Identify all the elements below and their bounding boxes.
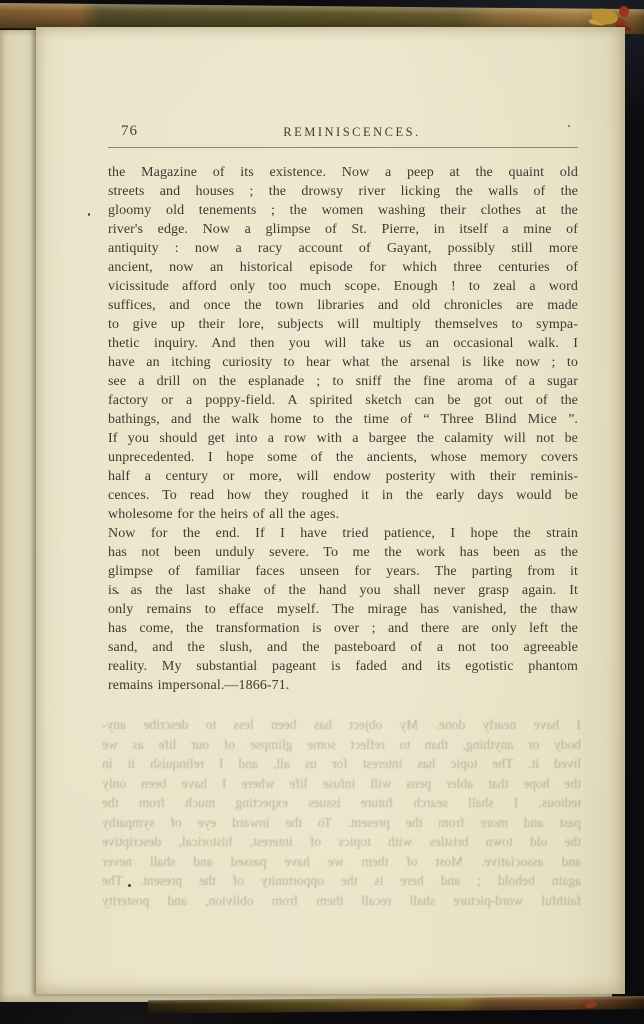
text-line: antiquity : now a racy account of Gayant… xyxy=(108,239,578,258)
body-text: the Magazine of its existence. Now a pee… xyxy=(108,163,578,695)
text-line: streets and houses ; the drowsy river li… xyxy=(108,182,578,201)
ghost-text-line: I have nearly done. My object has been l… xyxy=(102,715,581,735)
paper-speck xyxy=(568,125,570,127)
text-line: see a drill on the esplanade ; to sniff … xyxy=(108,372,578,391)
ghost-text-line: lived it. The topic has interest for us … xyxy=(102,754,581,774)
text-line: half a century or more, will endow poste… xyxy=(108,467,578,486)
running-title: REMINISCENCES. xyxy=(108,125,578,140)
paragraph-2: Now for the end. If I have tried patienc… xyxy=(108,524,578,695)
text-line: gloomy old tenements ; the women washing… xyxy=(108,201,578,220)
text-line: sand, and the slush, and the pasteboard … xyxy=(108,638,578,657)
text-line: factory or a poppy-field. A spirited ske… xyxy=(108,391,578,410)
text-line: have an itching curiosity to hear what t… xyxy=(108,353,578,372)
text-line: has not been unduly severe. To me the wo… xyxy=(108,543,578,562)
ghost-text-line: faithful word-picture shall recall them … xyxy=(102,891,581,911)
text-line: unprecedented. I hope some of the ancien… xyxy=(108,448,578,467)
page-header: 76 REMINISCENCES. xyxy=(108,114,578,148)
paper-speck xyxy=(88,213,90,216)
text-line: vicissitude afford only too much scope. … xyxy=(108,277,578,296)
ghost-text-line: past and more from the present. To the i… xyxy=(102,813,581,833)
ghost-text-line: the old town bristles with topics of int… xyxy=(102,832,581,852)
text-line: to give up their lore, subjects will mul… xyxy=(108,315,578,334)
paper-speck xyxy=(128,884,131,887)
text-line: remains impersonal.—1866-71. xyxy=(108,676,578,695)
ghost-text-line: and associative. Most of them we have pa… xyxy=(102,852,581,872)
text-line: river's edge. Now a glimpse of St. Pierr… xyxy=(108,220,578,239)
text-line: has come, the transformation is over ; a… xyxy=(108,619,578,638)
text-line: thetic inquiry. And then you will take u… xyxy=(108,334,578,353)
paragraph-1: the Magazine of its existence. Now a pee… xyxy=(108,163,578,524)
text-line: If you should get into a row with a barg… xyxy=(108,429,578,448)
book-page: 76 REMINISCENCES. the Magazine of its ex… xyxy=(36,27,625,994)
text-line: wholesome for the heirs of all the ages. xyxy=(108,505,578,524)
text-line: ancient, now an historical episode for w… xyxy=(108,258,578,277)
ghost-text-line: the hope that abler pens will infuse lif… xyxy=(102,774,581,794)
text-line: only remains to efface myself. The mirag… xyxy=(108,600,578,619)
ghost-text-line: again behold ; and here is the opportuni… xyxy=(102,871,581,891)
book-photo-scene: 76 REMINISCENCES. the Magazine of its ex… xyxy=(0,0,644,1024)
ghost-text-line: body or anything, than to reflect some g… xyxy=(102,735,581,755)
text-line: is as the last shake of the hand you sha… xyxy=(108,581,578,600)
text-line: reality. My substantial pageant is faded… xyxy=(108,657,578,676)
text-line: the Magazine of its existence. Now a pee… xyxy=(108,163,578,182)
text-line: suffices, and once the town libraries an… xyxy=(108,296,578,315)
paper-speck xyxy=(117,592,119,594)
bleed-through-text: I have nearly done. My object has been l… xyxy=(102,715,581,910)
text-line: glimpse of familiar faces unseen for yea… xyxy=(108,562,578,581)
text-line: Now for the end. If I have tried patienc… xyxy=(108,524,578,543)
text-line: cences. To read how they roughed it in t… xyxy=(108,486,578,505)
text-line: bathings, and the walk home to the time … xyxy=(108,410,578,429)
ghost-text-line: tedious. I shall search future issues ex… xyxy=(102,793,581,813)
marbled-paper-speck xyxy=(619,6,629,17)
